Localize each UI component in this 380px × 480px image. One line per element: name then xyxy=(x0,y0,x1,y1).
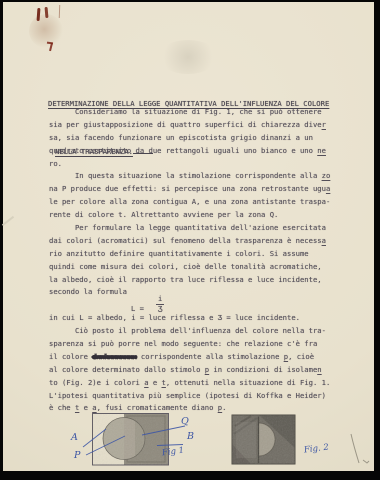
label-q-pointer-line xyxy=(142,426,185,435)
text-run: In questa situazione la stimolazione cor… xyxy=(49,171,322,180)
typewritten-line: Per formulare la legge quantitativa dell… xyxy=(49,222,330,235)
typewritten-line: sparenza si può porre nel modo seguente:… xyxy=(49,338,330,351)
text-run: quadrato costituito da due rettangoli ug… xyxy=(49,146,317,155)
text-run: sparenza si può porre nel modo seguente:… xyxy=(49,339,317,348)
text-run: L'ipotesi quantitativa più semplice (ipo… xyxy=(49,391,326,400)
text-run: ne xyxy=(317,146,326,155)
text-run: rente di colore t. Altrettanto avviene p… xyxy=(49,210,278,219)
typewritten-line: L'ipotesi quantitativa più semplice (ipo… xyxy=(49,390,330,403)
typewritten-line: In questa situazione la stimolazione cor… xyxy=(49,170,330,183)
typewritten-line: in cui L = albedo, i = luce riflessa e Ʒ… xyxy=(49,312,330,325)
typewritten-line: il colore dxxkxxxxxxx corrispondente all… xyxy=(49,351,330,364)
scanned-page-stage: DETERMINAZIONE DELLA LEGGE QUANTITATIVA … xyxy=(0,0,380,480)
fig1-label-b: B xyxy=(187,432,194,441)
label-a-pointer-line xyxy=(83,429,106,447)
text-run: e xyxy=(149,378,162,387)
text-run: na P produce due effetti: si percepisce … xyxy=(49,184,326,193)
text-run: Consideriamo la situazione di Fig. 1, ch… xyxy=(49,107,322,116)
text-run: sia per giustapposizione di quattro supe… xyxy=(49,120,322,129)
text-run: a xyxy=(322,236,326,245)
typewritten-line: la albedo, cioè il rapporto tra luce rif… xyxy=(49,274,330,287)
typewritten-line: le per colore alla zona contigua A, e un… xyxy=(49,196,330,209)
red-pen-mark xyxy=(45,7,49,18)
fig1-label-p: P xyxy=(74,451,80,460)
typewritten-line: Consideriamo la situazione di Fig. 1, ch… xyxy=(49,106,330,119)
text-run: quindi come misura dei colori, cioè dell… xyxy=(49,262,322,271)
pencil-mark xyxy=(351,434,369,463)
text-run: il colore xyxy=(49,352,92,361)
paper-edge-nick xyxy=(2,216,14,226)
text-run: sa, sia facendo funzionare un episcotist… xyxy=(49,133,313,142)
text-run: n xyxy=(317,365,321,374)
formula-denominator: Ʒ xyxy=(156,305,164,314)
text-run: a xyxy=(326,184,330,193)
label-p-pointer-line xyxy=(86,436,125,455)
text-run: Per formulare la legge quantitativa dell… xyxy=(49,223,326,232)
formula-fraction: iƷ xyxy=(156,295,164,314)
figure-annotation-lines xyxy=(63,407,380,472)
text-run: le per colore alla zona contigua A, e un… xyxy=(49,197,330,206)
text-run: secondo la formula xyxy=(49,287,127,296)
typewritten-line: ro. xyxy=(49,158,330,171)
formula-lhs: L = xyxy=(131,304,144,313)
text-run: dai colori (acromatici) sul fenomeno del… xyxy=(49,236,322,245)
formula-line: L =iƷ xyxy=(49,299,330,312)
fig1-label-a: A xyxy=(71,433,78,442)
document-page: DETERMINAZIONE DELLA LEGGE QUANTITATIVA … xyxy=(3,2,374,471)
text-run: dxxkxxxxxxx xyxy=(92,352,136,361)
text-run: rio anzitutto definire quantitativamente… xyxy=(49,249,309,258)
text-run: Ciò posto il problema dell'influenza del… xyxy=(49,326,326,335)
typewritten-line: Ciò posto il problema dell'influenza del… xyxy=(49,325,330,338)
text-run: , cioè xyxy=(288,352,314,361)
typewritten-line: sia per giustapposizione di quattro supe… xyxy=(49,119,330,132)
typewritten-line: rente di colore t. Altrettanto avviene p… xyxy=(49,209,330,222)
typewritten-line: sa, sia facendo funzionare un episcotist… xyxy=(49,132,330,145)
text-run: la albedo, cioè il rapporto tra luce rif… xyxy=(49,275,322,284)
typewritten-line: rio anzitutto definire quantitativamente… xyxy=(49,248,330,261)
text-run: , ottenuti nella situazione di Fig. 1. xyxy=(166,378,330,387)
typewritten-line: to (Fig. 2)e i colori a e t, ottenuti ne… xyxy=(49,377,330,390)
red-pen-mark xyxy=(59,5,61,18)
text-run: in cui L = albedo, i = luce riflessa e Ʒ… xyxy=(49,313,300,322)
typewritten-line: al colore determinato dallo stimolo p in… xyxy=(49,364,330,377)
formula-numerator: i xyxy=(156,295,164,305)
text-run: to (Fig. 2)e i colori xyxy=(49,378,144,387)
text-run: ro. xyxy=(49,159,62,168)
typewritten-line: quindi come misura dei colori, cioè dell… xyxy=(49,261,330,274)
typewritten-text: Consideriamo la situazione di Fig. 1, ch… xyxy=(49,106,330,415)
typewritten-line: na P produce due effetti: si percepisce … xyxy=(49,183,330,196)
text-run: zo xyxy=(322,171,331,180)
typewritten-line: quadrato costituito da due rettangoli ug… xyxy=(49,145,330,158)
text-run: in condizioni di isolame xyxy=(209,365,317,374)
typewritten-line: dai colori (acromatici) sul fenomeno del… xyxy=(49,235,330,248)
typewritten-line: secondo la formula xyxy=(49,286,330,299)
text-run: r xyxy=(322,120,326,129)
fig1-label-q: Q xyxy=(181,417,189,426)
text-run: al colore determinato dallo stimolo xyxy=(49,365,205,374)
red-pen-tick xyxy=(49,43,52,51)
text-run: corrispondente alla stimolazione xyxy=(137,352,284,361)
